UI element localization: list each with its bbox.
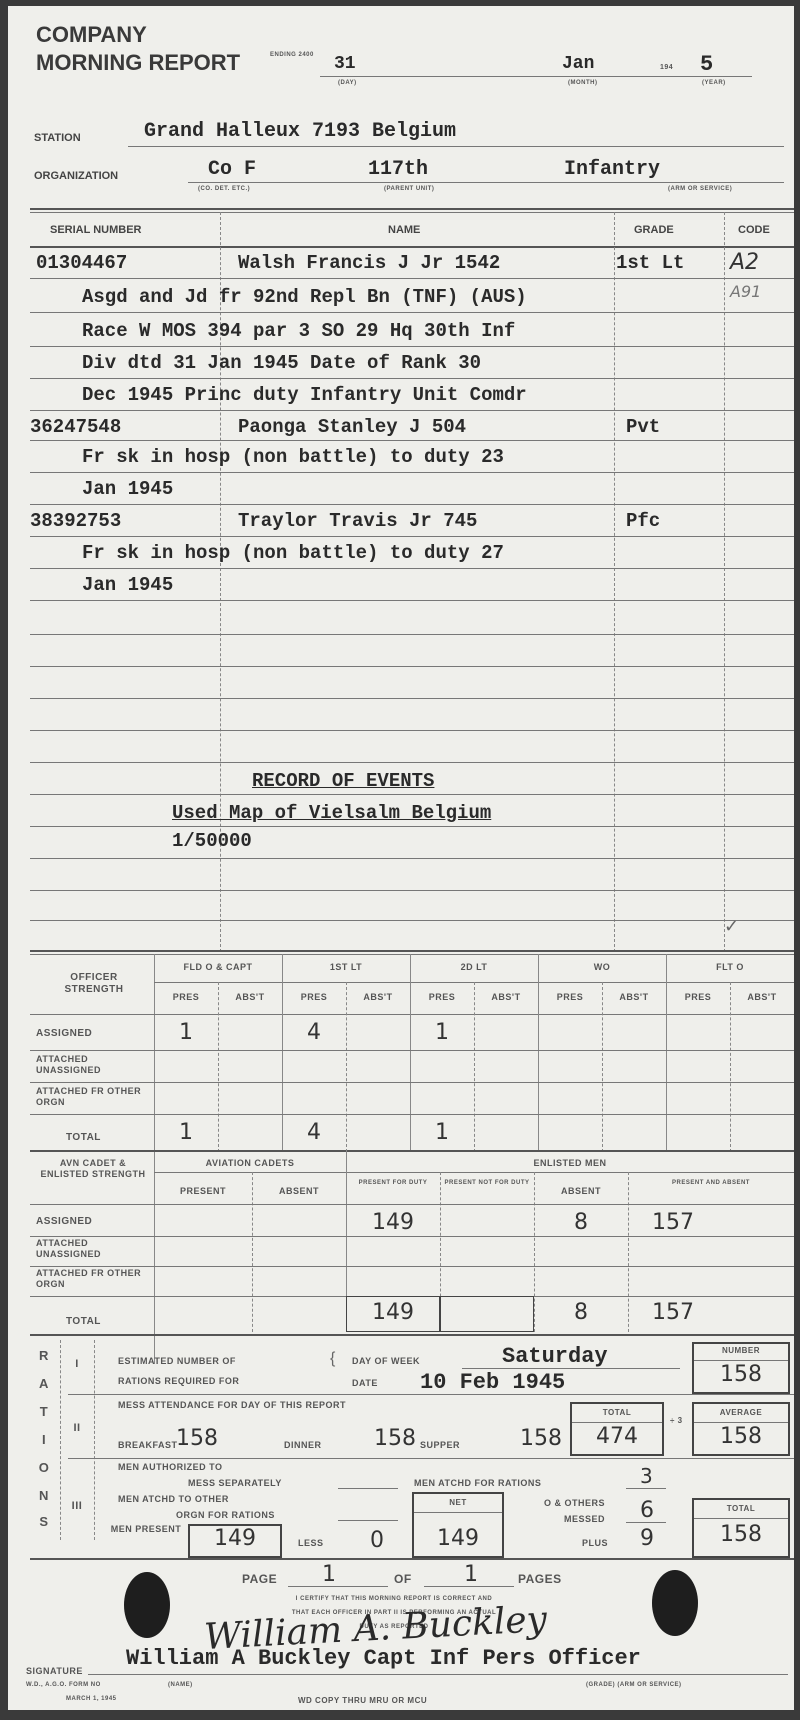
subcol-pres: PRES [666,992,730,1002]
day-of-week-value: Saturday [502,1344,608,1369]
entry-text: Fr sk in hosp (non battle) to duty 27 [82,542,504,564]
column-guide [614,212,616,952]
entry-serial: 01304467 [36,252,127,274]
unit-caption: (PARENT UNIT) [384,186,434,192]
signature-label: SIGNATURE [26,1666,83,1676]
date-line [320,76,752,77]
ration-date-value: 10 Feb 1945 [420,1370,565,1395]
average-value: 158 [694,1424,788,1449]
total-box [440,1296,534,1332]
breakfast-value: 158 [176,1426,218,1451]
col-present-not-for-duty: PRESENT NOT FOR DUTY [440,1178,534,1188]
col-cadet-absent: ABSENT [252,1186,346,1196]
cell-value: 149 [346,1210,440,1235]
col-enlisted-absent: ABSENT [534,1186,628,1196]
name-caption: (NAME) [168,1682,193,1688]
rations-letter: O [32,1460,56,1475]
entry-grade: Pfc [626,510,660,532]
dinner-label: DINNER [284,1440,322,1450]
row-line [694,1422,788,1423]
cell-value: 1 [410,1120,474,1145]
section-roman: III [62,1500,92,1512]
enlisted-strength-label: AVN CADET & ENLISTED STRENGTH [38,1158,148,1180]
entry-text: Dec 1945 Princ duty Infantry Unit Comdr [82,384,527,406]
col-divider [538,954,539,1152]
row-line [30,1082,794,1083]
entry-serial: 36247548 [30,416,121,438]
header-underline [30,246,794,248]
field-line [462,1368,680,1369]
divider [30,212,794,213]
row-line [30,730,794,731]
row-line [30,762,794,763]
row-line [30,600,794,601]
atchd-other-label: MEN ATCHD TO OTHER [118,1494,229,1504]
record-of-events-line1: Used Map of Vielsalm Belgium [172,802,491,824]
morning-report-form: COMPANY MORNING REPORT ENDING 2400 31 Ja… [8,6,794,1710]
row-label-attached-fr-other: ATTACHED FR OTHER ORGN [36,1086,146,1108]
row-line [572,1422,662,1423]
row-line [30,312,794,313]
net-value: 149 [414,1526,502,1551]
column-guide [724,212,726,952]
col-cadet-present: PRESENT [154,1186,252,1196]
cell-value: 1 [410,1020,474,1045]
year-caption: (YEAR) [702,80,726,86]
col-divider [602,982,604,1152]
month-caption: (MONTH) [568,80,598,86]
col-divider [94,1340,96,1540]
row-line [68,1458,794,1459]
row-line [414,1512,502,1513]
group-wo: WO [538,962,666,972]
less-value: 0 [370,1528,384,1553]
form-title-line1: COMPANY [36,22,147,48]
row-label-attached-unassigned: ATTACHED UNASSIGNED [36,1238,146,1260]
field-line [424,1586,514,1587]
dinner-value: 158 [374,1426,416,1451]
check-mark: ✓ [724,916,739,937]
of-label: OF [394,1572,412,1586]
entry-text: Jan 1945 [82,478,173,500]
group-enlisted-men: ENLISTED MEN [346,1158,794,1168]
row-line [694,1360,788,1361]
binder-hole-left [124,1572,170,1638]
row-label-assigned: ASSIGNED [36,1028,92,1039]
page-label: PAGE [242,1572,277,1586]
pages-label: PAGES [518,1572,562,1586]
row-line [30,826,794,827]
row-line [68,1394,794,1395]
entry-name: Traylor Travis Jr 745 [238,510,477,532]
cell-value: 157 [628,1210,718,1235]
rations-letter: S [32,1514,56,1529]
mess-total-value: 474 [572,1424,662,1449]
entry-code: A91 [730,282,761,301]
row-line [30,536,794,537]
divider [30,208,794,210]
signature-line [88,1674,788,1675]
group-flt-o: FLT O [666,962,794,972]
entry-text: Asgd and Jd fr 92nd Repl Bn (TNF) (AUS) [82,286,527,308]
row-label-attached-fr-other: ATTACHED FR OTHER ORGN [36,1268,146,1290]
entry-text: Race W MOS 394 par 3 SO 29 Hq 30th Inf [82,320,515,342]
record-of-events-line2: 1/50000 [172,830,252,852]
less-label: LESS [298,1538,324,1548]
organization-service: Infantry [564,158,660,181]
number-value: 158 [694,1362,788,1387]
row-line [30,440,794,441]
year-prefix: 194 [660,64,673,71]
row-line [30,634,794,635]
station-label: STATION [34,132,81,144]
field-line [338,1488,398,1489]
group-2d-lt: 2D LT [410,962,538,972]
form-date: MARCH 1, 1945 [66,1696,117,1702]
plus-label: PLUS [582,1538,608,1548]
rations-total-label: TOTAL [694,1504,788,1513]
row-line [30,1204,794,1205]
cell-value: 8 [534,1210,628,1235]
row-line [30,1236,794,1237]
entry-serial: 38392753 [30,510,121,532]
report-day: 31 [334,54,356,74]
company-caption: (CO. DET. ETC.) [198,186,250,192]
estimated-label: ESTIMATED NUMBER OF [118,1356,236,1366]
entry-code: A2 [730,250,759,275]
col-serial-number: SERIAL NUMBER [50,224,141,236]
subcol-pres: PRES [154,992,218,1002]
row-line [30,346,794,347]
entry-text: Fr sk in hosp (non battle) to duty 23 [82,446,504,468]
row-label-total: TOTAL [66,1132,101,1143]
col-divider [346,982,348,1152]
col-divider [218,982,220,1152]
subcol-abst: ABS'T [602,992,666,1002]
row-label-attached-unassigned: ATTACHED UNASSIGNED [36,1054,146,1076]
average-label: AVERAGE [694,1408,788,1417]
organization-label: ORGANIZATION [34,170,118,182]
subcol-pres: PRES [538,992,602,1002]
row-line [30,410,794,411]
row-line [30,858,794,859]
rations-total-value: 158 [694,1522,788,1547]
entry-name: Walsh Francis J Jr 1542 [238,252,500,274]
rations-required-label: RATIONS REQUIRED FOR [118,1376,239,1386]
binder-hole-right [652,1570,698,1636]
men-present-label: MEN PRESENT [104,1524,188,1534]
section-roman: II [62,1422,92,1434]
row-line [154,1172,794,1173]
subcol-abst: ABS'T [474,992,538,1002]
supper-label: SUPPER [420,1440,460,1450]
field-line [288,1586,388,1587]
rations-letter: A [32,1376,56,1391]
date-label: DATE [352,1378,378,1388]
field-line [626,1488,666,1489]
officer-strength-label: OFFICER STRENGTH [44,972,144,996]
group-fld-o-capt: FLD O & CAPT [154,962,282,972]
organization-company: Co F [208,158,256,181]
group-1st-lt: 1ST LT [282,962,410,972]
entry-text: Div dtd 31 Jan 1945 Date of Rank 30 [82,352,481,374]
entry-grade: Pvt [626,416,660,438]
net-label: NET [414,1498,502,1507]
col-present-and-absent: PRESENT AND ABSENT [628,1178,794,1188]
divider [30,1334,794,1336]
cell-value: 157 [628,1300,718,1325]
row-line [30,1266,794,1267]
col-divider [252,1172,254,1332]
subcol-abst: ABS'T [730,992,794,1002]
divider [30,1150,794,1152]
col-divider [730,982,732,1152]
row-line [30,920,794,921]
divider [30,1558,794,1560]
subcol-pres: PRES [410,992,474,1002]
signature-typed-name: William A Buckley Capt Inf Pers Officer [126,1646,641,1671]
group-aviation-cadets: AVIATION CADETS [154,1158,346,1168]
brace: { [330,1350,336,1368]
divide-by-three: ÷ 3 [670,1416,684,1425]
row-line [30,890,794,891]
page-number: 1 [322,1562,336,1587]
station-line [128,146,784,147]
cell-value: 149 [346,1300,440,1325]
plus-value: 9 [640,1526,654,1551]
row-line [30,794,794,795]
entry-text: Jan 1945 [82,574,173,596]
row-line [30,1050,794,1051]
row-line [30,472,794,473]
men-present-value: 149 [190,1526,280,1551]
cell-value: 1 [154,1020,218,1045]
total-pages: 1 [464,1562,478,1587]
total-label: TOTAL [572,1408,662,1417]
col-present-for-duty: PRESENT FOR DUTY [346,1178,440,1188]
atchd-rations-value: 3 [640,1464,653,1488]
entry-name: Paonga Stanley J 504 [238,416,466,438]
others-label: MESSED [564,1514,605,1524]
station-value: Grand Halleux 7193 Belgium [144,120,456,143]
row-label-assigned: ASSIGNED [36,1216,92,1227]
mess-separately-label: MEN AUTHORIZED TO [118,1462,223,1472]
day-of-week-label: DAY OF WEEK [352,1356,420,1366]
subcol-abst: ABS'T [218,992,282,1002]
col-name: NAME [388,224,420,236]
form-id: W.D., A.G.O. FORM NO [26,1682,101,1688]
row-line [30,1014,794,1015]
row-line [30,278,794,279]
others-label: O & OTHERS [544,1498,605,1508]
row-line [694,1518,788,1519]
divider [30,950,794,952]
record-of-events-title: RECORD OF EVENTS [252,770,434,792]
row-line [30,666,794,667]
atchd-other-label: ORGN FOR RATIONS [176,1510,275,1520]
report-month: Jan [562,54,594,74]
field-line [338,1520,398,1521]
col-code: CODE [738,224,770,236]
row-line [30,1114,794,1115]
mess-attendance-label: MESS ATTENDANCE FOR DAY OF THIS REPORT [118,1400,346,1410]
report-year: 5 [700,52,713,77]
entry-grade: 1st Lt [616,252,684,274]
atchd-rations-label: MEN ATCHD FOR RATIONS [414,1478,541,1488]
grade-caption: (GRADE) (ARM OR SERVICE) [586,1682,682,1688]
supper-value: 158 [520,1426,562,1451]
others-value: 6 [640,1498,654,1523]
cell-value: 1 [154,1120,218,1145]
wd-copy-note: WD COPY THRU MRU OR MCU [298,1696,427,1705]
rations-letter: I [32,1432,56,1447]
number-label: NUMBER [694,1346,788,1355]
organization-unit: 117th [368,158,428,181]
col-grade: GRADE [634,224,674,236]
organization-line [188,182,784,183]
rations-letter: T [32,1404,56,1419]
subcol-abst: ABS'T [346,992,410,1002]
cell-value: 4 [282,1020,346,1045]
col-divider [666,954,667,1152]
rations-letter: N [32,1488,56,1503]
cell-value: 4 [282,1120,346,1145]
row-line [30,504,794,505]
breakfast-label: BREAKFAST [118,1440,178,1450]
form-title-line2: MORNING REPORT [36,50,240,76]
cell-value: 8 [534,1300,628,1325]
mess-separately-label: MESS SEPARATELY [188,1478,282,1488]
field-line [626,1522,666,1523]
row-label-total: TOTAL [66,1316,101,1327]
day-caption: (DAY) [338,80,357,86]
row-line [30,568,794,569]
service-caption: (ARM OR SERVICE) [668,186,732,192]
row-line [30,698,794,699]
rations-letter: R [32,1348,56,1363]
row-line [30,378,794,379]
divider [30,954,794,955]
subcol-pres: PRES [282,992,346,1002]
section-roman: I [62,1358,92,1370]
col-divider [474,982,476,1152]
ending-label: ENDING 2400 [270,52,314,58]
